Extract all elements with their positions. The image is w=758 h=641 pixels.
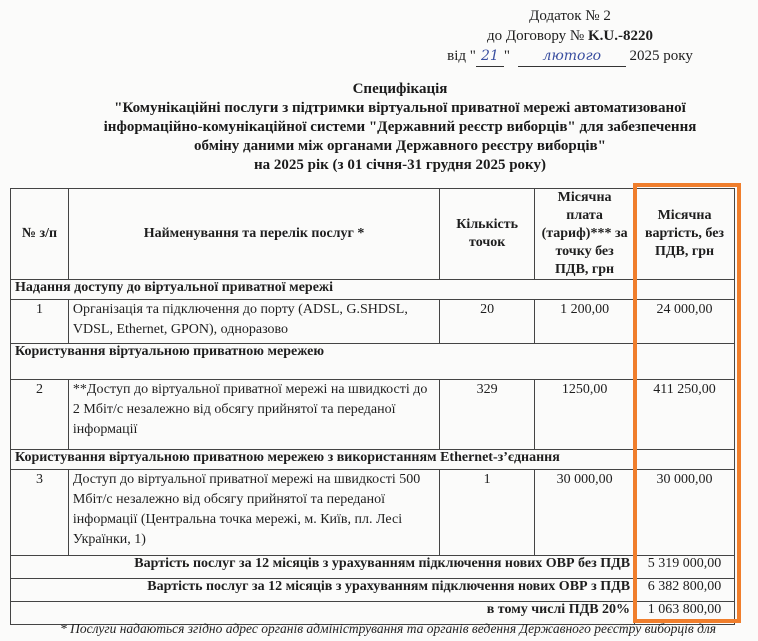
section-title: Користування віртуальною приватною мереж… — [11, 344, 635, 380]
row-monthly-cost: 30 000,00 — [635, 470, 735, 556]
handwritten-month: лютого — [518, 46, 626, 67]
title-line-2: інформаційно-комунікаційної системи "Дер… — [40, 118, 758, 137]
addendum-header: Додаток № 2 до Договору № K.U.-8220 від … — [420, 6, 720, 67]
row-number: 2 — [11, 380, 69, 450]
row-number: 3 — [11, 470, 69, 556]
table-row: 1 Організація та підключення до порту (A… — [11, 300, 735, 344]
row-monthly-cost: 411 250,00 — [635, 380, 735, 450]
section-row: Користування віртуальною приватною мереж… — [11, 344, 735, 380]
specification-table: № з/п Найменування та перелік послуг * К… — [10, 188, 735, 625]
specification-title: Специфікація "Комунікаційні послуги з пі… — [40, 80, 758, 175]
header-service-name: Найменування та перелік послуг * — [68, 189, 439, 280]
header-tariff: Місячна плата (тариф)*** за точку без ПД… — [535, 189, 635, 280]
contract-number: K.U.-8220 — [588, 28, 653, 44]
row-quantity: 20 — [440, 300, 535, 344]
header-quantity: Кількість точок — [440, 189, 535, 280]
row-tariff: 1250,00 — [535, 380, 635, 450]
total-label: Вартість послуг за 12 місяців з урахуван… — [11, 579, 635, 602]
row-number: 1 — [11, 300, 69, 344]
row-service-name: Доступ до віртуальної приватної мережі н… — [68, 470, 439, 556]
table-row: 3 Доступ до віртуальної приватної мережі… — [11, 470, 735, 556]
header-monthly-cost: Місячна вартість, без ПДВ, грн — [635, 189, 735, 280]
section-row: Надання доступу до віртуальної приватної… — [11, 280, 735, 300]
row-quantity: 329 — [440, 380, 535, 450]
section-row: Користування віртуальною приватною мереж… — [11, 450, 735, 470]
row-service-name: **Доступ до віртуальної приватної мережі… — [68, 380, 439, 450]
row-tariff: 30 000,00 — [535, 470, 635, 556]
total-row-without-vat: Вартість послуг за 12 місяців з урахуван… — [11, 556, 735, 579]
title-line-1: "Комунікаційні послуги з підтримки вірту… — [40, 99, 758, 118]
row-monthly-cost: 24 000,00 — [635, 300, 735, 344]
section-title: Надання доступу до віртуальної приватної… — [11, 280, 635, 300]
title-line-4: на 2025 рік (з 01 січня-31 грудня 2025 р… — [40, 156, 758, 175]
handwritten-day: 21 — [476, 46, 504, 67]
header-number: № з/п — [11, 189, 69, 280]
total-label: Вартість послуг за 12 місяців з урахуван… — [11, 556, 635, 579]
total-value: 6 382 800,00 — [635, 579, 735, 602]
title-line-3: обміну даними між органами Державного ре… — [40, 137, 758, 156]
table-row: 2 **Доступ до віртуальної приватної мере… — [11, 380, 735, 450]
contract-date: від "21" лютого 2025 року — [420, 46, 720, 67]
title-heading: Специфікація — [40, 80, 758, 99]
total-row-with-vat: Вартість послуг за 12 місяців з урахуван… — [11, 579, 735, 602]
total-value: 5 319 000,00 — [635, 556, 735, 579]
row-service-name: Організація та підключення до порту (ADS… — [68, 300, 439, 344]
row-quantity: 1 — [440, 470, 535, 556]
table-header-row: № з/п Найменування та перелік послуг * К… — [11, 189, 735, 280]
section-title: Користування віртуальною приватною мереж… — [11, 450, 635, 470]
footnote: * Послуги надаються згідно адрес органів… — [60, 621, 758, 637]
contract-reference: до Договору № K.U.-8220 — [420, 26, 720, 46]
addendum-number: Додаток № 2 — [420, 6, 720, 26]
row-tariff: 1 200,00 — [535, 300, 635, 344]
